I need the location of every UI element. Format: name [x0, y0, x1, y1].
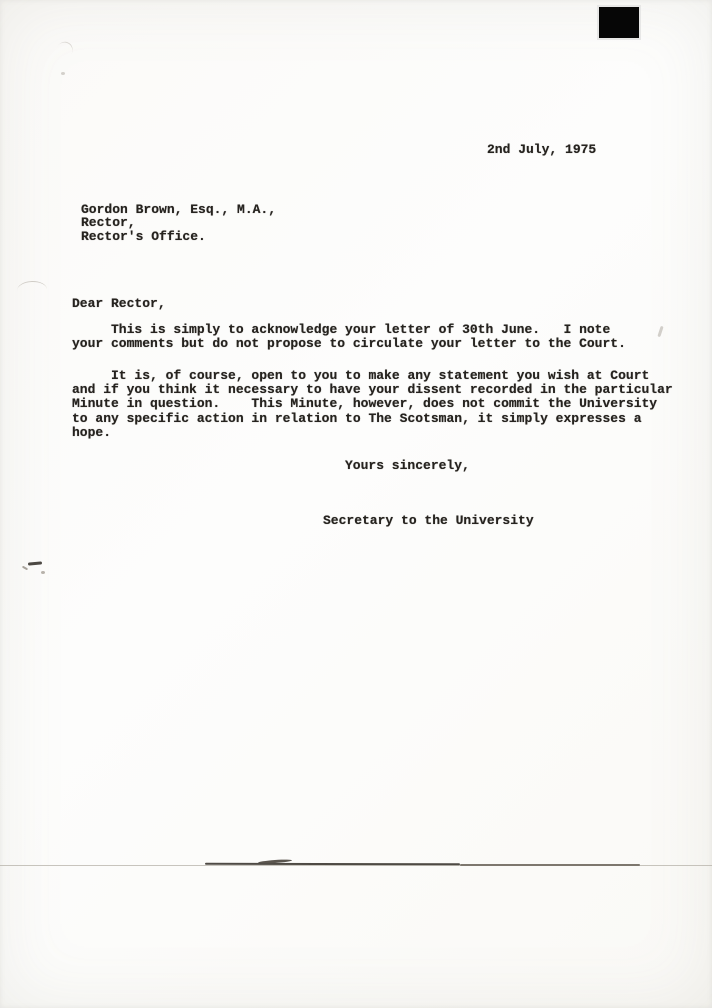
- body-paragraph-2: It is, of course, open to you to make an…: [72, 369, 673, 440]
- recipient-title: Rector,: [81, 216, 276, 229]
- paragraph-line: This is simply to acknowledge your lette…: [72, 323, 626, 337]
- signature-title-text: Secretary to the University: [323, 513, 534, 528]
- scan-artifact-topleft-dot: [61, 72, 65, 75]
- recipient-office: Rector's Office.: [81, 230, 276, 243]
- letter-page: 2nd July, 1975 Gordon Brown, Esq., M.A.,…: [0, 0, 712, 1008]
- scan-artifact-fold-line-wave: [258, 859, 292, 864]
- salutation: Dear Rector,: [72, 296, 166, 311]
- scan-artifact-fold-line-mid: [460, 864, 640, 866]
- recipient-address-block: Gordon Brown, Esq., M.A., Rector, Rector…: [81, 203, 276, 243]
- paragraph-line: hope.: [72, 426, 673, 440]
- paragraph-line: It is, of course, open to you to make an…: [72, 369, 673, 383]
- scan-artifact-squiggle-tail: [22, 566, 28, 571]
- scan-artifact-squiggle: [28, 561, 42, 565]
- recipient-name: Gordon Brown, Esq., M.A.,: [81, 203, 276, 216]
- body-paragraph-1: This is simply to acknowledge your lette…: [72, 323, 626, 351]
- scan-artifact-arc: [17, 280, 47, 291]
- salutation-text: Dear Rector,: [72, 296, 166, 311]
- date-text: 2nd July, 1975: [487, 142, 596, 157]
- scan-artifact-squiggle-dot: [41, 571, 45, 574]
- paragraph-line: Minute in question. This Minute, however…: [72, 397, 673, 411]
- paragraph-line: your comments but do not propose to circ…: [72, 337, 626, 351]
- letter-date: 2nd July, 1975: [487, 142, 596, 157]
- closing-text: Yours sincerely,: [345, 458, 470, 473]
- signature-title: Secretary to the University: [323, 513, 534, 528]
- closing: Yours sincerely,: [345, 458, 470, 473]
- paragraph-line: to any specific action in relation to Th…: [72, 412, 673, 426]
- scan-artifact-topleft-curve: [56, 39, 75, 56]
- paragraph-line: and if you think it necessary to have yo…: [72, 383, 673, 397]
- scan-artifact-right-speck: [657, 326, 663, 337]
- scan-artifact-fold-line-dark: [205, 863, 460, 866]
- redaction-mark: [597, 5, 641, 40]
- scan-artifact-fold-line: [0, 865, 712, 866]
